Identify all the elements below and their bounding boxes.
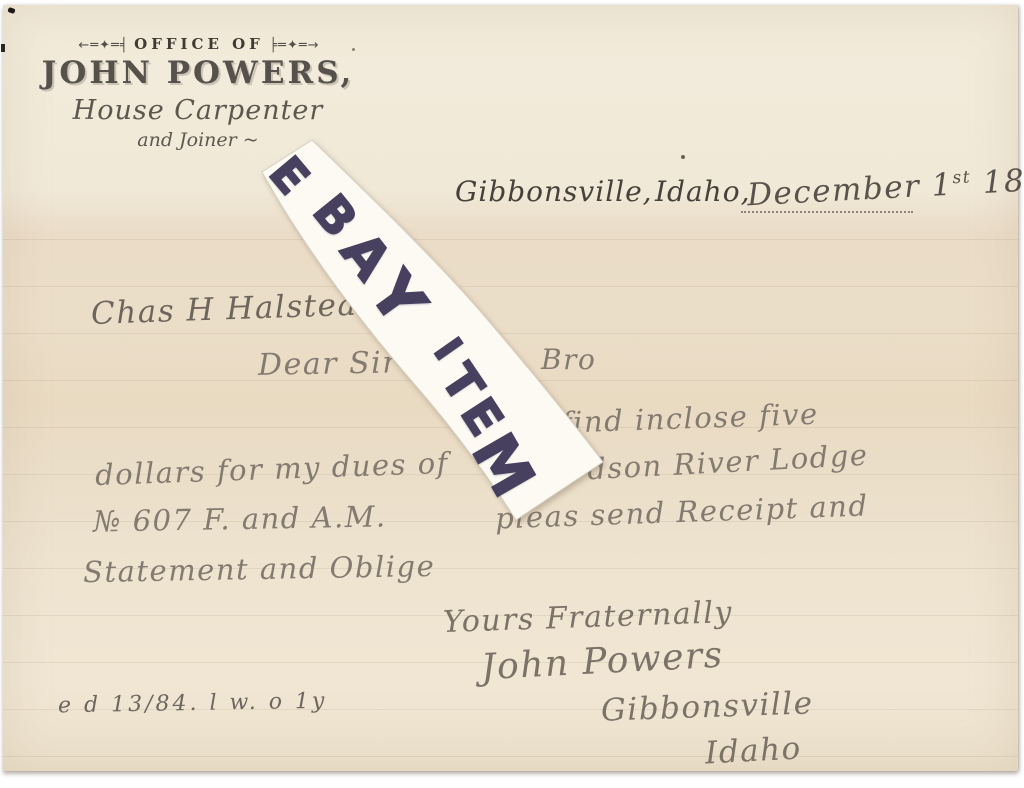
salutation-end: Bro (541, 343, 596, 376)
letterhead-trade-line-2: and Joiner ~ (33, 129, 363, 151)
body-line-3-left: № 607 F. and A.M. (93, 499, 387, 538)
ornament-right-icon: ╞═✦═→ (269, 38, 319, 53)
letterhead-trade-line-1: House Carpenter (33, 95, 363, 126)
scan-speck (352, 48, 355, 51)
ornament-left-icon: ←═✦═╡ (78, 38, 128, 53)
signature-state: Idaho (704, 730, 802, 771)
letterhead-office-of: OFFICE OF (134, 35, 264, 53)
handwritten-date: December 1st 1884 (746, 161, 1024, 214)
dateline-city: Gibbonsville, (455, 175, 653, 208)
letterhead-name: JOHN POWERS, (33, 55, 363, 91)
dateline-state: Idaho, (655, 175, 750, 208)
pencil-docket: e d 13/84. l w. o 1y (58, 689, 328, 719)
scanned-letter: ←═✦═╡ OFFICE OF ╞═✦═→ JOHN POWERS, House… (0, 0, 1024, 788)
date-month-day: December 1 (746, 167, 953, 214)
date-year: 1884 (970, 161, 1024, 202)
letter-paper: ←═✦═╡ OFFICE OF ╞═✦═→ JOHN POWERS, House… (3, 5, 1018, 771)
scan-speck (1, 44, 5, 52)
date-ordinal: st (952, 167, 972, 188)
body-line-4: Statement and Oblige (83, 549, 436, 589)
signature-place: Gibbonsville (600, 685, 814, 728)
letterhead-ornament-row: ←═✦═╡ OFFICE OF ╞═✦═→ (41, 35, 357, 53)
scan-speck (681, 155, 685, 159)
